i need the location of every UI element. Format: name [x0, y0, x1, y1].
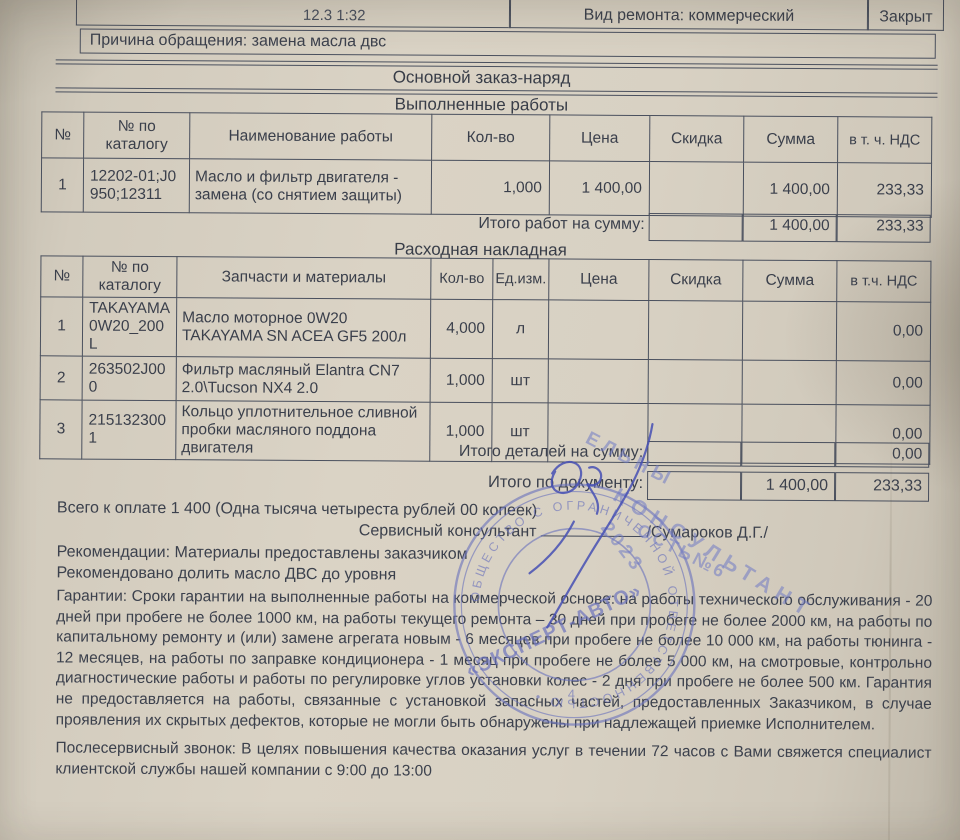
works-total-sum: 1 400,00 — [743, 214, 837, 243]
cell-price — [548, 300, 648, 360]
col-qty: Кол-во — [432, 114, 550, 161]
cell-sum — [742, 301, 836, 361]
cell-qty: 4,000 — [430, 299, 492, 358]
works-table: № № по каталогу Наименование работы Кол-… — [41, 111, 933, 217]
pay-total-line: Всего к оплате 1 400 (Одна тысяча четыре… — [57, 499, 537, 520]
cell-sum: 1 400,00 — [743, 162, 837, 217]
col-catalog: № по каталогу — [83, 256, 177, 298]
consultant-name: /Сумароков Д.Г./ — [646, 524, 768, 542]
cell-unit: шт — [492, 359, 548, 403]
col-discount: Скидка — [649, 260, 743, 302]
cell-part-name: Масло моторное 0W20 TAKAYAMA SN ACEA GF5… — [176, 298, 430, 359]
document-total-discount — [647, 471, 741, 501]
cell-qty: 1,000 — [430, 358, 492, 402]
cell-num: 1 — [40, 297, 82, 356]
document-total-label: Итого по документу: — [488, 473, 643, 493]
cell-vat: 0,00 — [836, 302, 930, 362]
parts-header-row: № № по каталогу Запчасти и материалы Кол… — [41, 256, 931, 302]
col-qty: Кол-во — [431, 258, 493, 299]
cell-qty: 1,000 — [431, 160, 549, 215]
parts-total-vat: 0,00 — [835, 442, 929, 468]
works-total-vat: 233,33 — [837, 214, 931, 243]
parts-row: 1 TAKAYAMA 0W20_200L Масло моторное 0W20… — [40, 297, 930, 361]
after-service-call-paragraph: Послесервисный звонок: В целях повышения… — [55, 738, 931, 785]
col-unit: Ед.изм. — [493, 259, 549, 300]
works-row: 1 12202-01;J0 950;12311 Масло и фильтр д… — [41, 158, 931, 217]
cell-catalog: TAKAYAMA 0W20_200L — [82, 297, 176, 357]
works-total-label: Итого работ на сумму: — [478, 215, 644, 234]
document-page: 12.3 1:32 Вид ремонта: коммерческий Закр… — [0, 0, 960, 840]
col-vat: в т. ч. НДС — [838, 117, 932, 164]
works-total-discount — [649, 213, 743, 242]
recommendation-line-2: Рекомендовано долить масло ДВС до уровня — [56, 564, 396, 584]
parts-row: 2 263502J000 Фильтр масляный Elantra CN7… — [40, 356, 930, 405]
cell-work-name: Масло и фильтр двигателя - замена (со сн… — [189, 159, 431, 214]
parts-total-sum — [741, 442, 835, 468]
col-work-name: Наименование работы — [190, 113, 432, 160]
parts-table: № № по каталогу Запчасти и материалы Кол… — [39, 255, 931, 464]
header-row: 12.3 1:32 Вид ремонта: коммерческий Закр… — [76, 0, 944, 31]
col-price: Цена — [549, 259, 649, 301]
work-order-photo: 12.3 1:32 Вид ремонта: коммерческий Закр… — [0, 0, 960, 840]
col-part-name: Запчасти и материалы — [177, 257, 431, 300]
col-num: № — [42, 112, 84, 158]
warranty-paragraph: Гарантии: Сроки гарантии на выполненные … — [56, 586, 933, 736]
cell-price — [548, 359, 648, 404]
cell-num: 1 — [41, 158, 83, 212]
parts-total-label: Итого деталей на сумму: — [459, 443, 643, 462]
repair-type-cell: Вид ремонта: коммерческий — [510, 0, 868, 30]
status-badge: Закрыт — [868, 0, 944, 31]
col-sum: Сумма — [744, 116, 838, 163]
col-price: Цена — [550, 115, 650, 162]
works-header-row: № № по каталогу Наименование работы Кол-… — [42, 112, 932, 163]
cell-price: 1 400,00 — [549, 161, 649, 216]
cell-num: 2 — [40, 356, 82, 400]
parts-total-discount — [647, 441, 741, 467]
document-total-sum: 1 400,00 — [741, 472, 835, 502]
document-total-vat: 233,33 — [835, 472, 929, 502]
cell-catalog: 263502J000 — [82, 356, 176, 401]
col-num: № — [41, 256, 83, 297]
col-discount: Скидка — [650, 116, 744, 163]
cell-catalog: 12202-01;J0 950;12311 — [83, 158, 189, 213]
consultant-line: Сервисный консультант/Сумароков Д.Г./ — [359, 520, 768, 542]
document-total-row: Итого по документу: 1 400,00 233,33 — [39, 467, 929, 501]
cell-sum — [742, 360, 836, 405]
cell-vat: 0,00 — [836, 361, 930, 406]
header-cell-left: 12.3 1:32 — [76, 0, 510, 28]
reason-box: Причина обращения: замена масла двс — [80, 29, 936, 59]
cell-part-name: Фильтр масляный Elantra CN7 2.0\Tucson N… — [176, 357, 430, 403]
cell-discount — [648, 360, 742, 405]
signature-line — [540, 521, 642, 537]
recommendation-line-1: Рекомендации: Материалы предоставлены за… — [57, 543, 468, 564]
consultant-label: Сервисный консультант — [359, 522, 537, 540]
cutoff-fragment: 12.3 1:32 — [303, 7, 366, 24]
cell-discount — [648, 301, 742, 361]
cell-unit: л — [492, 300, 548, 359]
col-catalog: № по каталогу — [84, 112, 190, 159]
parts-total-row: Итого деталей на сумму: 0,00 — [39, 437, 929, 467]
col-sum: Сумма — [743, 260, 837, 302]
cell-discount — [649, 162, 743, 217]
col-vat: в т.ч. НДС — [837, 261, 931, 303]
cell-vat: 233,33 — [837, 163, 931, 218]
